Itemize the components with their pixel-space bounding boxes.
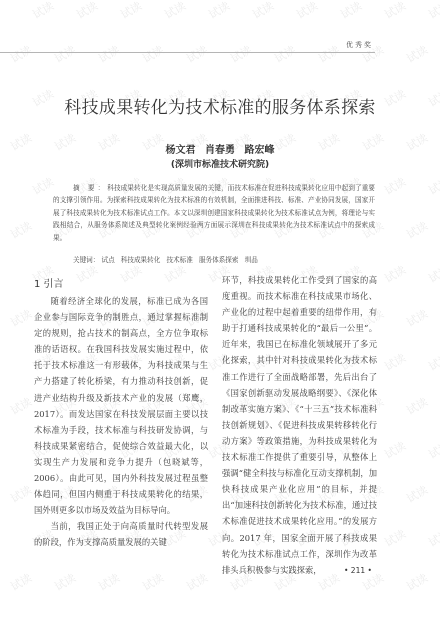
keyword: 圳品 — [245, 256, 258, 264]
affiliation: (深圳市标准技术研究院) — [0, 157, 440, 170]
keyword: 科技成果转化 — [121, 256, 161, 264]
keyword: 技术标准 — [166, 256, 192, 264]
keywords: 关键词： 试点 科技成果转化 技术标准 服务体系探索 圳品 — [73, 254, 262, 264]
body-paragraph: 当前，我国正处于向高质量时代转型发展的阶段，作为支撑高质量发展的关键 — [34, 518, 208, 550]
body-column-right: 环节，科技成果转化工作受到了国家的高度重视。而技术标准在科技成果市场化、产业化的… — [222, 272, 377, 578]
body-column-left: 随着经济全球化的发展，标准已成为各国企业参与国际竞争的制胜点，通过掌握标准制定的… — [34, 293, 208, 551]
document-page: 优秀奖 科技成果转化为技术标准的服务体系探索 杨文君 肖春勇 路宏峰 (深圳市标… — [0, 0, 440, 620]
author-name: 杨文君 — [166, 145, 196, 156]
body-paragraph: 随着经济全球化的发展，标准已成为各国企业参与国际竞争的制胜点，通过掌握标准制定的… — [34, 293, 208, 518]
article-title: 科技成果转化为技术标准的服务体系探索 — [0, 93, 440, 118]
author-list: 杨文君 肖春勇 路宏峰 — [0, 141, 440, 156]
award-label: 优秀奖 — [346, 40, 373, 50]
page-number: • 211 • — [344, 566, 372, 575]
abstract-label: 摘 要： — [73, 184, 107, 192]
author-name: 路宏峰 — [244, 145, 274, 156]
header-rule — [0, 52, 375, 53]
abstract-text: 科技成果转化是实现高质量发展的关键，而技术标准在促进科技成果转化应用中起到了重要… — [53, 184, 375, 242]
abstract: 摘 要：科技成果转化是实现高质量发展的关键，而技术标准在促进科技成果转化应用中起… — [53, 182, 375, 244]
keyword: 试点 — [101, 256, 114, 264]
section-heading: 1 引言 — [34, 275, 64, 290]
keyword: 服务体系探索 — [199, 256, 239, 264]
body-paragraph: 环节，科技成果转化工作受到了国家的高度重视。而技术标准在科技成果市场化、产业化的… — [222, 272, 377, 578]
author-name: 肖春勇 — [205, 145, 235, 156]
keywords-label: 关键词： — [73, 256, 99, 264]
